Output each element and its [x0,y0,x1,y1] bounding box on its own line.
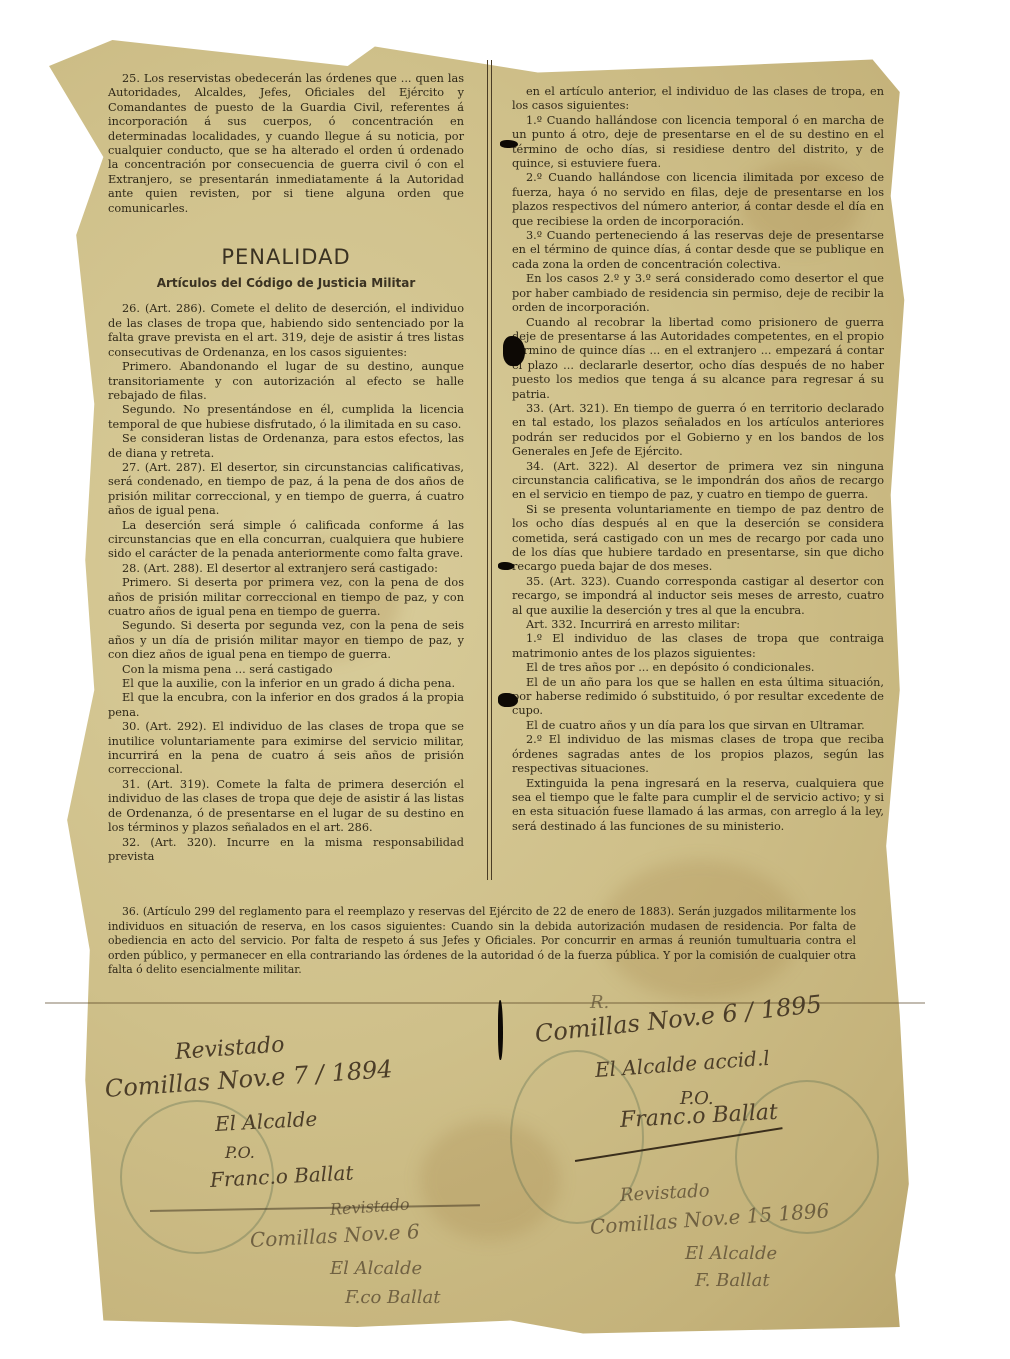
article-paragraph: Segundo. Si deserta por segunda vez, con… [108,619,464,662]
article-paragraph: 26. (Art. 286). Comete el delito de dese… [108,302,464,360]
right-column: en el artículo anterior, el individuo de… [512,85,884,834]
handwritten-line: P.O. [225,1143,255,1162]
left-article-list: 26. (Art. 286). Comete el delito de dese… [108,302,464,864]
article-paragraph: Cuando al recobrar la libertad como pris… [512,316,884,402]
article-paragraph: 32. (Art. 320). Incurre en la misma resp… [108,836,464,865]
article-paragraph: Si se presenta voluntariamente en tiempo… [512,503,884,575]
article-paragraph: 2.º Cuando hallándose con licencia ilimi… [512,171,884,229]
paragraph-36: 36. (Artículo 299 del reglamento para el… [108,905,856,978]
article-paragraph: 28. (Art. 288). El desertor al extranjer… [108,562,464,576]
right-article-list: en el artículo anterior, el individuo de… [512,85,884,834]
article-paragraph: El que la auxilie, con la inferior en un… [108,677,464,691]
article-paragraph: 3.º Cuando perteneciendo á las reservas … [512,229,884,272]
article-paragraph: 33. (Art. 321). En tiempo de guerra ó en… [512,402,884,460]
article-paragraph: en el artículo anterior, el individuo de… [512,85,884,114]
article-paragraph: En los casos 2.º y 3.º será considerado … [512,272,884,315]
article-paragraph: Con la misma pena ... será castigado [108,663,464,677]
handwritten-line: El Alcalde [330,1258,422,1279]
left-column: 25. Los reservistas obedecerán las órden… [108,72,464,864]
article-paragraph: 35. (Art. 323). Cuando corresponda casti… [512,575,884,618]
article-paragraph: Art. 332. Incurrirá en arresto militar: [512,618,884,632]
handwritten-line: R. [590,992,609,1013]
paragraph-25: 25. Los reservistas obedecerán las órden… [108,72,464,216]
footer-article-36: 36. (Artículo 299 del reglamento para el… [108,905,856,978]
article-paragraph: 2.º El individuo de las mismas clases de… [512,733,884,776]
ink-blot [498,562,514,570]
ink-blot [503,336,525,366]
article-paragraph: Primero. Abandonando el lugar de su dest… [108,360,464,403]
section-title: PENALIDAD [108,244,464,270]
article-paragraph: El de un año para los que se hallen en e… [512,676,884,719]
article-paragraph: 34. (Art. 322). Al desertor de primera v… [512,460,884,503]
article-paragraph: Primero. Si deserta por primera vez, con… [108,576,464,619]
article-paragraph: Extinguida la pena ingresará en la reser… [512,777,884,835]
page-divider-rule [487,60,492,880]
article-paragraph: 30. (Art. 292). El individuo de las clas… [108,720,464,778]
article-paragraph: La deserción será simple ó calificada co… [108,519,464,562]
ink-blot [500,140,518,148]
article-paragraph: Se consideran listas de Ordenanza, para … [108,432,464,461]
article-paragraph: 27. (Art. 287). El desertor, sin circuns… [108,461,464,519]
article-paragraph: 31. (Art. 319). Comete la falta de prime… [108,778,464,836]
article-paragraph: 1.º Cuando hallándose con licencia tempo… [512,114,884,172]
article-paragraph: El que la encubra, con la inferior en do… [108,691,464,720]
ink-blot [498,693,518,707]
handwritten-line: F.co Ballat [345,1287,440,1308]
article-paragraph: El de cuatro años y un día para los que … [512,719,884,733]
section-subtitle: Artículos del Código de Justicia Militar [108,276,464,290]
article-paragraph: El de tres años por ... en depósito ó co… [512,661,884,675]
article-paragraph: Segundo. No presentándose en él, cumplid… [108,403,464,432]
article-paragraph: 1.º El individuo de las clases de tropa … [512,632,884,661]
handwritten-line: El Alcalde [685,1243,777,1264]
handwritten-line: F. Ballat [695,1270,770,1291]
